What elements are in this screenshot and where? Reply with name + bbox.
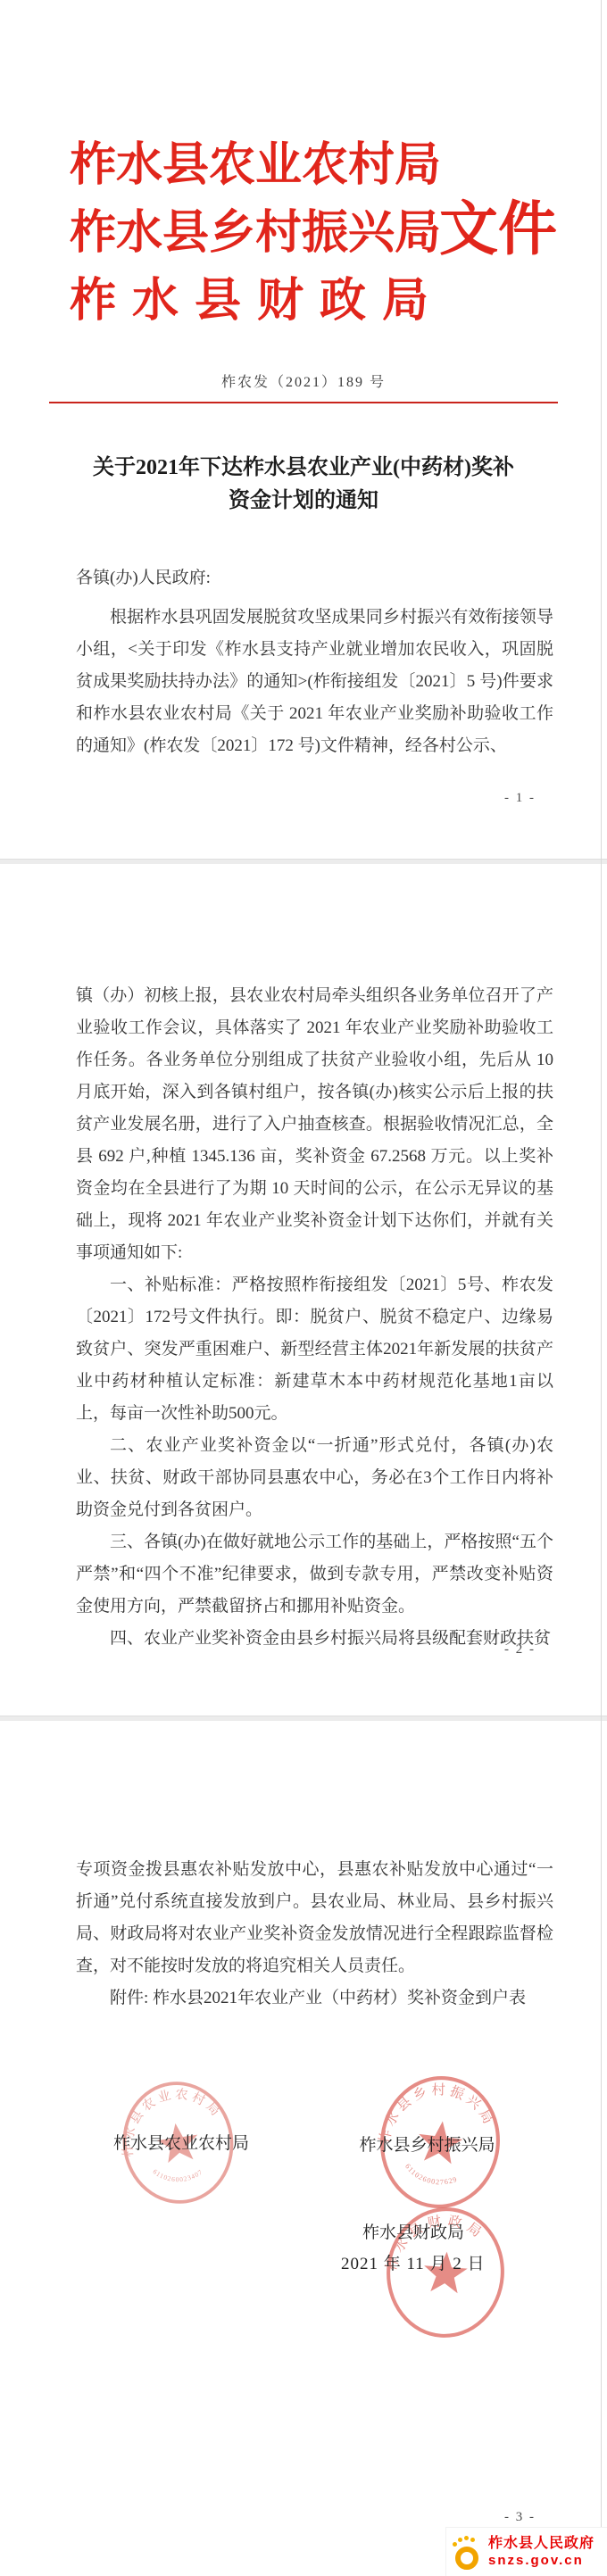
page-1-body: 各镇(办)人民政府: 根据柞水县巩固发展脱贫攻坚成果同乡村振兴有效衔接领导小组，…	[76, 562, 553, 762]
body-paragraph-item-4: 四、农业产业奖补资金由县乡村振兴局将县级配套财政扶贫	[76, 1623, 553, 1655]
footer-brand: 柞水县人民政府 snzs.gov.cn	[445, 2527, 607, 2576]
red-separator-rule	[49, 402, 558, 403]
page-number-3: - 3 -	[504, 2510, 536, 2525]
page-3-body: 专项资金拨县惠农补贴发放中心，县惠农补贴发放中心通过“一折通”兑付系统直接发放到…	[76, 1854, 553, 2015]
gov-website: snzs.gov.cn	[488, 2553, 595, 2568]
salutation: 各镇(办)人民政府:	[76, 562, 553, 594]
signature-agriculture-bureau: 柞水县农业农村局	[105, 2130, 257, 2154]
doc-type-label: 文件	[439, 198, 557, 262]
letterhead-org-block: 柞水县农业农村局 柞水县乡村振兴局 柞水县财政局	[70, 132, 428, 336]
page-number-1: - 1 -	[504, 791, 536, 806]
attachment-note: 附件: 柞水县2021年农业产业（中药材）奖补资金到户表	[76, 1982, 553, 2015]
seal-serial: 6110260027629	[402, 2162, 461, 2189]
page-1: 柞水县农业农村局 柞水县乡村振兴局 柞水县财政局 文件 柞农发（2021）189…	[0, 0, 607, 859]
body-paragraph-item-2: 二、农业产业奖补资金以“一折通”形式兑付，各镇(办)农业、扶贫、财政干部协同县惠…	[76, 1430, 553, 1526]
document-title-line-1: 关于2021年下达柞水县农业产业(中药材)奖补	[36, 452, 571, 485]
page-2: 镇（办）初核上报，县农业农村局牵头组织各业务单位召开了产业验收工作会议，具体落实…	[0, 864, 607, 1716]
page-edge-line	[601, 0, 602, 2576]
page-number-2: - 2 -	[504, 1642, 536, 1658]
seal-serial: 6110260023407	[151, 2161, 205, 2188]
body-paragraph: 镇（办）初核上报，县农业农村局牵头组织各业务单位召开了产业验收工作会议，具体落实…	[76, 980, 553, 1269]
scanned-official-document: 柞水县农业农村局 柞水县乡村振兴局 柞水县财政局 文件 柞农发（2021）189…	[0, 0, 607, 2576]
org-name-line-2: 柞水县乡村振兴局	[70, 200, 428, 268]
signature-revitalization-bureau: 柞水县乡村振兴局	[353, 2131, 501, 2156]
body-paragraph: 根据柞水县巩固发展脱贫攻坚成果同乡村振兴有效衔接领导小组，<关于印发《柞水县支持…	[76, 602, 553, 762]
gov-logo-icon	[452, 2536, 482, 2568]
org-name-line-1: 柞水县农业农村局	[70, 132, 428, 200]
body-paragraph-item-3: 三、各镇(办)在做好就地公示工作的基础上，严格按照“五个严禁”和“四个不准”纪律…	[76, 1526, 553, 1623]
page-3: 专项资金拨县惠农补贴发放中心，县惠农补贴发放中心通过“一折通”兑付系统直接发放到…	[0, 1721, 607, 2576]
document-title: 关于2021年下达柞水县农业产业(中药材)奖补 资金计划的通知	[36, 452, 571, 518]
page-2-body: 镇（办）初核上报，县农业农村局牵头组织各业务单位召开了产业验收工作会议，具体落实…	[76, 980, 553, 1655]
svg-text:6110260023407: 6110260023407	[151, 2161, 205, 2188]
org-name-line-3: 柞水县财政局	[70, 268, 428, 336]
gov-name: 柞水县人民政府	[488, 2536, 595, 2552]
signature-finance-bureau: 柞水县财政局	[355, 2219, 471, 2243]
body-paragraph-item-1: 一、补贴标准：严格按照柞衔接组发〔2021〕5号、柞农发〔2021〕172号文件…	[76, 1269, 553, 1430]
document-title-line-2: 资金计划的通知	[36, 485, 571, 518]
signature-date: 2021 年 11 月 2 日	[341, 2250, 484, 2274]
body-paragraph: 专项资金拨县惠农补贴发放中心，县惠农补贴发放中心通过“一折通”兑付系统直接发放到…	[76, 1854, 553, 1982]
doc-number: 柞农发（2021）189 号	[0, 370, 607, 391]
svg-text:6110260027629: 6110260027629	[402, 2162, 461, 2189]
